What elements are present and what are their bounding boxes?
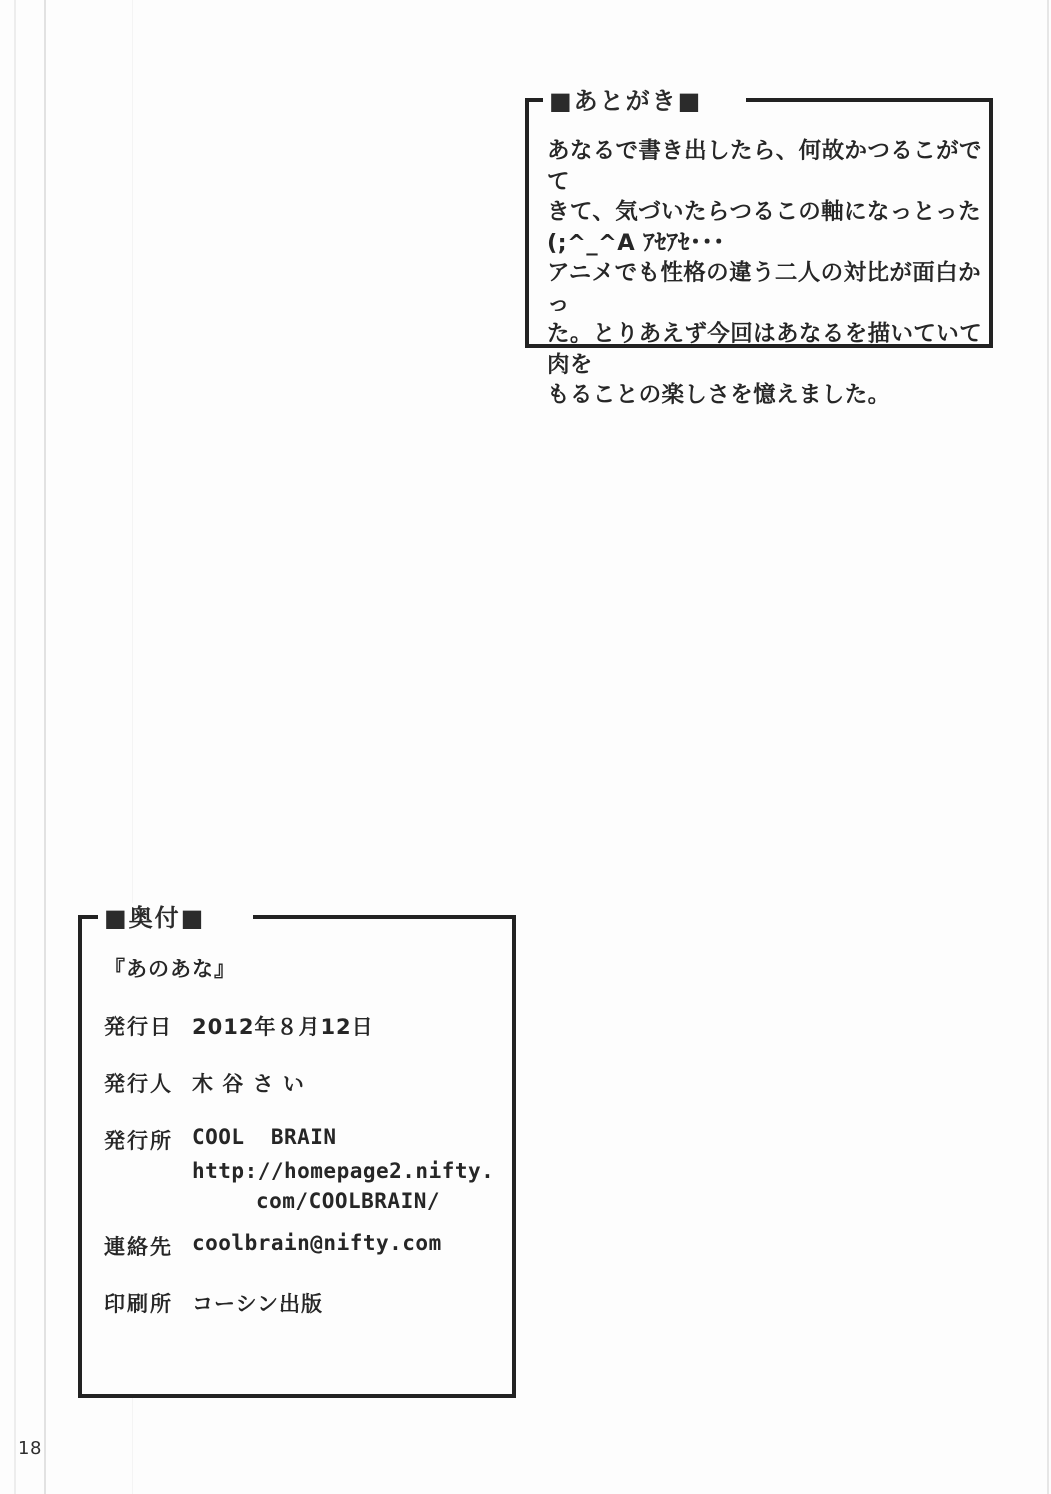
field-value: 2012年８月12日 bbox=[192, 1011, 374, 1041]
field-value: コーシン出版 bbox=[192, 1288, 323, 1318]
field-value: 木 谷 さ い bbox=[192, 1068, 305, 1098]
colophon-content: 『あのあな』 発行日 2012年８月12日 発行人 木 谷 さ い 発行所 CO… bbox=[82, 919, 512, 1318]
field-label: 発行所 bbox=[104, 1125, 192, 1155]
field-label: 発行人 bbox=[104, 1068, 192, 1098]
afterword-line: あなるで書き出したら、何故かつるこがでて bbox=[547, 136, 983, 197]
colophon-row-publish-date: 発行日 2012年８月12日 bbox=[104, 1011, 502, 1041]
page-number: 18 bbox=[18, 1438, 42, 1459]
afterword-line: た。とりあえず今回はあなるを描いていて肉を bbox=[547, 319, 983, 380]
field-label: 連絡先 bbox=[104, 1231, 192, 1261]
afterword-box-title: ■あとがき■ bbox=[543, 86, 746, 116]
scan-artifact-line bbox=[14, 0, 16, 1494]
field-value: coolbrain@nifty.com bbox=[192, 1231, 442, 1255]
afterword-line: (;^_^A ｱｾｱｾ･･･ bbox=[547, 228, 983, 259]
afterword-box: ■あとがき■ あなるで書き出したら、何故かつるこがでて きて、気づいたらつるこの… bbox=[525, 98, 993, 348]
colophon-row-printer: 印刷所 コーシン出版 bbox=[104, 1288, 502, 1318]
colophon-box-title: ■奥付■ bbox=[98, 903, 253, 933]
colophon-row-publisher-person: 発行人 木 谷 さ い bbox=[104, 1068, 502, 1098]
scanned-document-page: ■あとがき■ あなるで書き出したら、何故かつるこがでて きて、気づいたらつるこの… bbox=[0, 0, 1051, 1494]
field-value: COOL BRAIN bbox=[192, 1125, 337, 1149]
afterword-text: あなるで書き出したら、何故かつるこがでて きて、気づいたらつるこの軸になっとった… bbox=[529, 102, 989, 411]
publisher-url-line2: com/COOLBRAIN/ bbox=[256, 1189, 502, 1213]
field-label: 印刷所 bbox=[104, 1288, 192, 1318]
colophon-box: ■奥付■ 『あのあな』 発行日 2012年８月12日 発行人 木 谷 さ い 発… bbox=[78, 915, 516, 1398]
scan-artifact-line bbox=[44, 0, 46, 1494]
field-label: 発行日 bbox=[104, 1011, 192, 1041]
afterword-line: きて、気づいたらつるこの軸になっとった bbox=[547, 197, 983, 228]
publisher-url-line1: http://homepage2.nifty. bbox=[192, 1159, 502, 1183]
colophon-row-contact: 連絡先 coolbrain@nifty.com bbox=[104, 1231, 502, 1261]
scan-artifact-line bbox=[1047, 0, 1049, 1494]
book-title: 『あのあな』 bbox=[104, 953, 502, 983]
afterword-line: アニメでも性格の違う二人の対比が面白かっ bbox=[547, 258, 983, 319]
afterword-line: もることの楽しさを憶えました。 bbox=[547, 380, 983, 411]
colophon-row-publisher-circle: 発行所 COOL BRAIN bbox=[104, 1125, 502, 1155]
